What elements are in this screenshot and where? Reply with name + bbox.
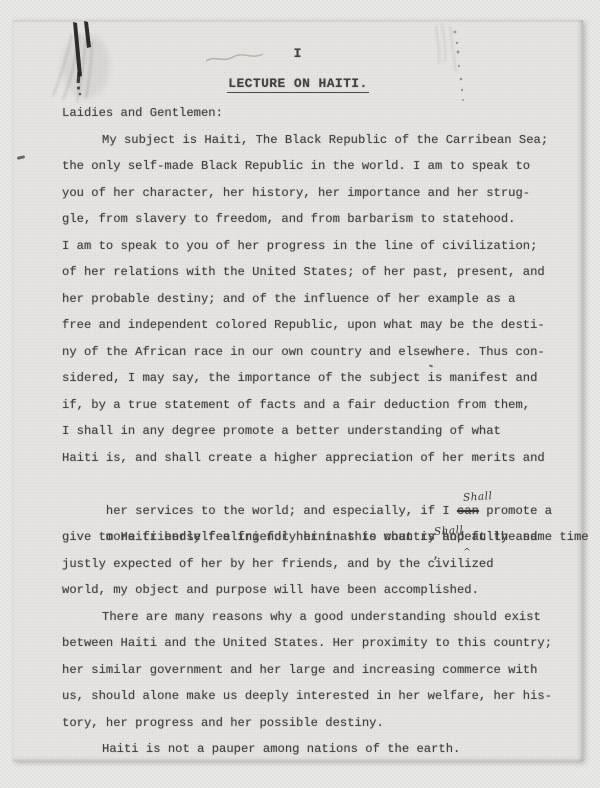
body-line: you of her character, her history, her i… [62, 180, 574, 207]
body-line: justly expected of her by her friends, a… [62, 551, 574, 578]
body-line: if, by a true statement of facts and a f… [62, 392, 574, 419]
document-title: LECTURE ON HAITI. [13, 76, 583, 91]
body-line: There are many reasons why a good unders… [62, 604, 574, 631]
salutation: Laidies and Gentlemen: [62, 100, 574, 127]
body-line: ny of the African race in our own countr… [62, 339, 574, 366]
body-line: the only self-made Black Republic in the… [62, 153, 574, 180]
page-number: I [13, 46, 583, 61]
body-line: her similar government and her large and… [62, 657, 574, 684]
body-line: I shall in any degree promote a better u… [62, 418, 574, 445]
body-line: free and independent colored Republic, u… [62, 312, 574, 339]
ink-blot-top-left [50, 20, 125, 112]
body-line: her probable destiny; and of the influen… [62, 286, 574, 313]
body-line: give to Haiti herself a friendly hint as… [62, 524, 574, 551]
body-line: I am to speak to you of her progress in … [62, 233, 574, 260]
margin-mark [17, 155, 25, 160]
correction-site: Shallcan [457, 504, 479, 518]
body-line: gle, from slavery to freedom, and from b… [62, 206, 574, 233]
line-segment: promote a [479, 504, 552, 518]
strikethrough-word: can [457, 504, 479, 518]
body-line: Haiti is not a pauper among nations of t… [62, 736, 574, 763]
body-line-with-strikethrough: her services to the world; and especiall… [62, 471, 574, 498]
body-line: My subject is Haiti, The Black Republic … [62, 127, 574, 154]
body-line: between Haiti and the United States. Her… [62, 630, 574, 657]
body-line: Haiti is, and shall create a higher appr… [62, 445, 574, 472]
caret-icon: ^ [463, 548, 471, 559]
document-body: Laidies and Gentlemen: My subject is Hai… [62, 100, 574, 763]
body-line: tory, her progress and her possible dest… [62, 710, 574, 737]
body-line: sidered, I may say, the importance of th… [62, 365, 574, 392]
handwritten-insertion: Shall [463, 490, 493, 503]
handwritten-insertion: Shall [434, 525, 464, 538]
comma-glyph: , [433, 543, 440, 570]
line-segment: her services to the world; and especiall… [106, 504, 457, 518]
body-line: world, my object and purpose will have b… [62, 577, 574, 604]
document-page: I LECTURE ON HAITI. Laidies and Gentleme… [13, 20, 583, 761]
body-line: of her relations with the United States;… [62, 259, 574, 286]
scanned-document-background: { "document": { "page_number": "I", "tit… [0, 0, 600, 788]
body-line: us, should alone make us deeply interest… [62, 683, 574, 710]
title-underlined-text: LECTURE ON HAITI. [227, 76, 368, 93]
